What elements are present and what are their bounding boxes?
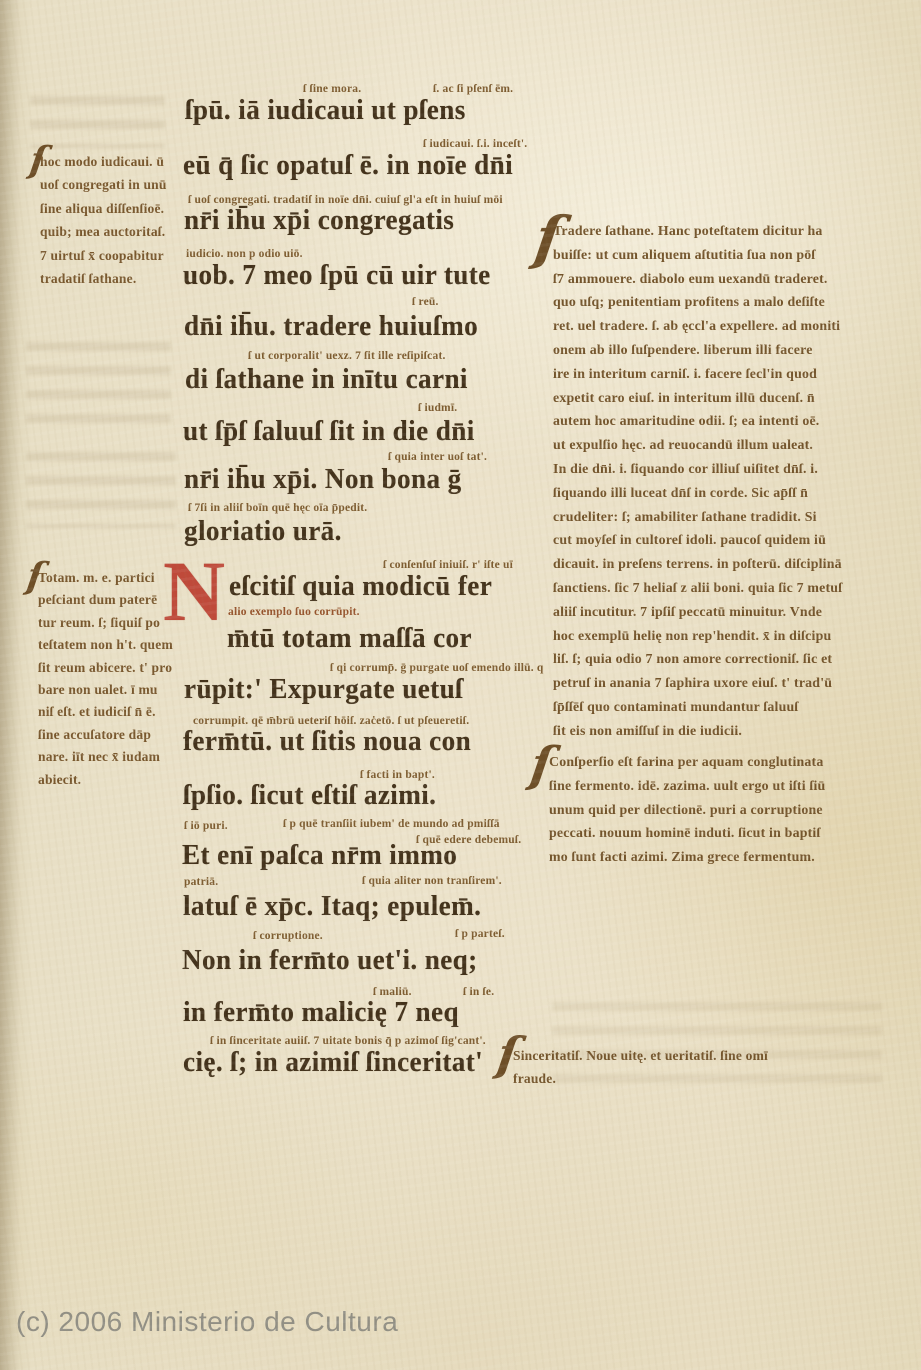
interlinear-gloss: ſ ſine mora. — [303, 84, 361, 96]
interlinear-gloss: ſ p parteſ. — [455, 929, 505, 941]
interlinear-gloss: ſ ut corporalit' uexz. 7 ſit ille reſipi… — [248, 351, 446, 363]
interlinear-gloss: ſ iudmī. — [418, 403, 457, 415]
interlinear-gloss: ſ iō puri. — [184, 821, 228, 833]
interlinear-gloss: ſ in ſe. — [463, 987, 494, 999]
main-text-line: ſpū. iā iudicaui ut pſens — [185, 97, 466, 125]
interlinear-gloss: ſ in ſinceritate auiiſ. 7 uitate bonis q… — [210, 1036, 486, 1048]
interlinear-gloss: ſ 7ſi in aliiſ boīn quē hęc oīa p̄pedit. — [188, 503, 367, 515]
main-text-line: dn̄i ih̄u. tradere huiuſmo — [184, 313, 478, 341]
interlinear-gloss: ſ iudicaui. ſ.i. inceſt'. — [423, 139, 527, 151]
margin-gloss: Tradere ſathane. Hanc poteſtatem dicitur… — [553, 220, 842, 744]
show-through-text — [26, 342, 171, 432]
interlinear-gloss: ſ quē edere debemuſ. — [416, 835, 521, 847]
interlinear-gloss: ſ maliū. — [373, 987, 412, 999]
main-text-line: gloriatio urā. — [184, 518, 342, 546]
main-text-line: eū q̄ ſic opatuſ ē. in noīe dn̄i — [183, 152, 513, 180]
interlinear-gloss: ſ. ac ſi pſenſ ēm. — [433, 84, 513, 96]
copyright-watermark: (c) 2006 Ministerio de Cultura — [16, 1306, 398, 1338]
interlinear-gloss: ſ corruptione. — [253, 931, 323, 943]
interlinear-gloss: ſ conſenſuſ iniuiſ. r' iſte uī — [383, 560, 513, 572]
main-text-line: latuſ ē xp̄c. Itaq; epulem̄. — [183, 893, 481, 921]
interlinear-gloss: corrumpit. qē m̄brū ueteriſ hōiſ. zaċetō… — [193, 716, 469, 728]
margin-gloss: hoc modo iudicaui. ū uoſ congregati in u… — [40, 150, 167, 290]
interlinear-gloss: alio exemplo ſuo corrūpit. — [228, 607, 360, 619]
interlinear-gloss: ſ p quē tranſiit iubem' de mundo ad pmiſ… — [283, 819, 500, 831]
main-text-line: di ſathane in inītu carni — [185, 366, 468, 394]
interlinear-gloss: ſ reū. — [412, 297, 439, 309]
main-text-line: m̄tū totam maſſā cor — [227, 625, 472, 653]
interlinear-gloss: ſ facti in bapt'. — [360, 770, 435, 782]
interlinear-gloss: patriā. — [184, 877, 218, 889]
show-through-text — [30, 96, 165, 148]
main-text-line: eſcitiſ quia modicū fer — [229, 573, 492, 601]
main-text-line: Non in ferm̄to uet'i. neq; — [182, 947, 478, 975]
show-through-text — [26, 452, 176, 528]
main-text-line: uob. 7 meo ſpū cū uir tute — [183, 262, 491, 290]
interlinear-gloss: ſ uoſ congregati. tradatiſ in noīe dn̄i.… — [188, 195, 503, 207]
interlinear-gloss: ſ quia aliter non tranſirem'. — [362, 876, 502, 888]
margin-gloss: Totam. m. e. partici peſciant dum paterē… — [38, 567, 173, 791]
main-text-line: nr̄i ih̄u xp̄i congregatis — [184, 207, 454, 235]
main-text-line: nr̄i ih̄u xp̄i. Non bona ḡ — [184, 466, 462, 494]
main-text-line: rūpit:' Expurgate uetuſ — [184, 676, 463, 704]
main-text-line: in ferm̄to malicię 7 neq — [183, 999, 459, 1027]
main-text-line: ſpſio. ſicut eſtiſ azimi. — [183, 782, 436, 810]
manuscript-page: N (c) 2006 Ministerio de Cultura ſpū. iā… — [0, 0, 921, 1370]
margin-gloss: Sinceritatiſ. Noue uitę. et ueritatiſ. ſ… — [513, 1044, 768, 1090]
interlinear-gloss: ſ quia inter uoſ tat'. — [388, 452, 487, 464]
interlinear-gloss: ſ qi corrump̄. ḡ purgate uoſ emendo illū… — [330, 663, 544, 675]
main-text-line: ut ſp̄ſ ſaluuſ ſit in die dn̄i — [183, 418, 475, 446]
main-text-line: cię. ſ; in azimiſ ſinceritat' — [183, 1049, 483, 1077]
margin-gloss: Conſperſio eſt farina per aquam congluti… — [549, 751, 825, 870]
page-gutter-shadow — [0, 0, 20, 1370]
interlinear-gloss: iudicio. non p odio uiō. — [186, 249, 303, 261]
main-text-line: ferm̄tū. ut ſitis noua con — [183, 728, 471, 756]
